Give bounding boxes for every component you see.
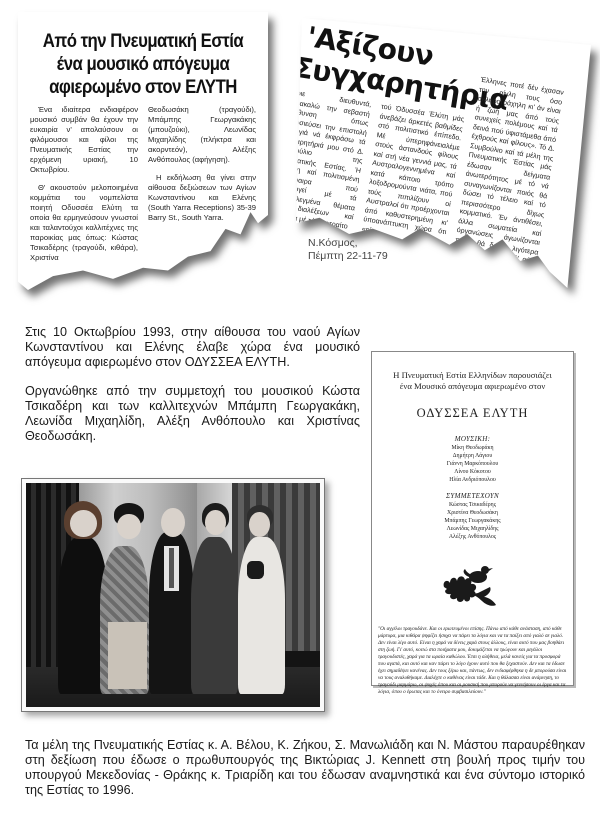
performer-item: Αλέξης Ανθόπουλος — [372, 533, 573, 541]
program-header: Η Πνευματική Εστία Ελληνίδων παρουσιάζει… — [372, 370, 573, 392]
performer-item: Μπάμπης Γεωργακάκης — [372, 517, 573, 525]
clipping-column-2: Θεοδωσάκη (τραγούδι), Μπάμπης Γεωργακάκη… — [148, 105, 256, 271]
photo-image — [26, 483, 320, 707]
clipping-paragraph: Θεοδωσάκη (τραγούδι), Μπάμπης Γεωργακάκη… — [148, 105, 256, 165]
source-date: Πέμπτη 22-11-79 — [308, 250, 388, 263]
clipping-column-1: Ένα ιδιαίτερα ενδιαφέρον μουσικό συμβάν … — [30, 105, 138, 271]
letter-column-2: τού Όδυσσέα Έλύτη μάς άνεβάζει άρκετές β… — [361, 102, 465, 247]
composer-item: Ηλία Ανδριόπουλου — [372, 476, 573, 484]
clipping-paragraph: Η εκδήλωση θα γίνει στην αίθουσα δεξιώσε… — [148, 173, 256, 223]
composer-item: Λίνου Κόκοτου — [372, 468, 573, 476]
program-header-line: ένα Μουσικό απόγευμα αφιερωμένο στον — [372, 381, 573, 392]
person-4 — [191, 537, 238, 694]
performer-item: Λεωνίδας Μιχαηλίδης — [372, 525, 573, 533]
photo-caption: Τα μέλη της Πνευματικής Εστίας κ. Α. Βέλ… — [25, 738, 585, 798]
music-heading: ΜΟΥΣΙΚΗ: — [372, 435, 573, 443]
clipping-source: Ν.Κόσμος, Πέμπτη 22-11-79 — [308, 237, 388, 263]
newspaper-clipping-left: Από την Πνευματική Εστία ένα μουσικό από… — [18, 12, 268, 290]
letter-signature: Φ. ΔΡΑΚΟΠΟΥΛΟΣ — [440, 326, 524, 349]
intro-text: Στις 10 Οκτωβρίου 1993, στην αίθουσα του… — [25, 325, 360, 444]
composer-item: Γιάννη Μαρκόπουλου — [372, 460, 573, 468]
program-title: ΟΔΥΣΣΕΑ ΕΛΥΤΗ — [372, 406, 573, 421]
letter-column-1: Κύριε διευθυντά, Παρακαλώ την σεβαστή δι… — [268, 88, 372, 233]
composer-item: Δημήτρη Λάγιου — [372, 452, 573, 460]
clipping-headline: Από την Πνευματική Εστία ένα μουσικό από… — [30, 30, 255, 99]
intro-paragraph-1: Στις 10 Οκτωβρίου 1993, στην αίθουσα του… — [25, 325, 360, 370]
performers-heading: ΣΥΜΜΕΤΕΧΟΥΝ — [372, 492, 573, 500]
performer-list: Κώστας Τσικαδέρης Χριστίνα Θεοδωσάκη Μπά… — [372, 501, 573, 541]
performer-item: Κώστας Τσικαδέρης — [372, 501, 573, 509]
oak-leaf-bird-emblem-icon — [438, 557, 508, 609]
program-quote: "Οι αγγέλοι τραγουδάνε. Και οι ερωτευμέν… — [372, 626, 573, 696]
performer-item: Χριστίνα Θεοδωσάκη — [372, 509, 573, 517]
composer-list: Μίκη Θεοδωράκη Δημήτρη Λάγιου Γιάννη Μαρ… — [372, 444, 573, 484]
source-newspaper: Ν.Κόσμος, — [308, 237, 388, 250]
clipping-paragraph: Ένα ιδιαίτερα ενδιαφέρον μουσικό συμβάν … — [30, 105, 138, 175]
group-photograph — [21, 478, 325, 712]
event-program-card: Η Πνευματική Εστία Ελληνίδων παρουσιάζει… — [371, 351, 574, 686]
person-5 — [238, 537, 285, 694]
composer-item: Μίκη Θεοδωράκη — [372, 444, 573, 452]
clipping-paragraph: Θ' ακουστούν μελοποιημένα κομμάτια του ν… — [30, 183, 138, 263]
letter-column-3-text: Έλληνες ποτέ δέν έχασαν την αίγλη τους ό… — [443, 77, 564, 322]
intro-paragraph-2: Οργανώθηκε από την συμμετοχή του μουσικο… — [25, 384, 360, 444]
program-header-line: Η Πνευματική Εστία Ελληνίδων παρουσιάζει — [372, 370, 573, 381]
